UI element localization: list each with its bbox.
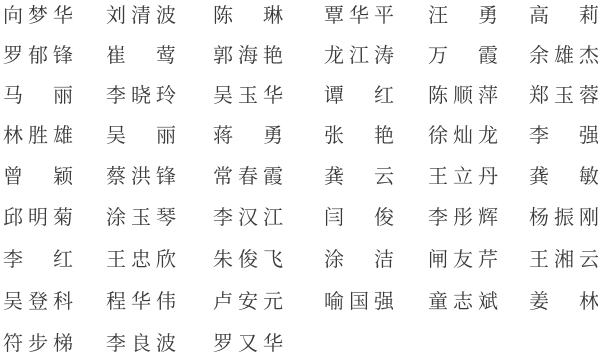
- name-char: 清: [131, 5, 151, 27]
- name-char: 志: [453, 291, 473, 313]
- name-char: 波: [156, 333, 176, 355]
- name-char: 蔡: [106, 166, 126, 188]
- name-char: 科: [53, 291, 73, 313]
- name-char: 李: [529, 125, 549, 147]
- name-char: 罗: [3, 45, 23, 67]
- name-char: 龚: [324, 166, 344, 188]
- name-char: 杨: [529, 207, 549, 229]
- name-char: 忠: [131, 249, 151, 271]
- name-char: 丽: [53, 85, 73, 107]
- name-cell: 郭海艳: [213, 45, 283, 67]
- name-char: 锋: [156, 166, 176, 188]
- name-char: 艳: [263, 45, 283, 67]
- name-char: 向: [3, 5, 23, 27]
- name-cell: 高莉: [529, 5, 598, 27]
- name-char: 良: [131, 333, 151, 355]
- name-char: 龙: [478, 125, 498, 147]
- name-char: 斌: [478, 291, 498, 313]
- name-cell: 涂玉琴: [106, 207, 176, 229]
- name-char: 刘: [106, 5, 126, 27]
- name-char: 敏: [579, 166, 598, 188]
- name-list-document: 向梦华刘清波陈琳覃华平汪勇高莉罗郁锋崔莺郭海艳龙江涛万霞余雄杰马丽李晓玲吴玉华谭…: [0, 0, 598, 360]
- name-char: 罗: [213, 333, 233, 355]
- name-cell: 蔡洪锋: [106, 166, 176, 188]
- name-char: 闫: [324, 207, 344, 229]
- name-char: 李: [428, 207, 448, 229]
- name-char: 琴: [156, 207, 176, 229]
- name-cell: 王忠欣: [106, 249, 176, 271]
- name-cell: 龚云: [324, 166, 394, 188]
- name-char: 郁: [28, 45, 48, 67]
- name-char: 林: [3, 125, 23, 147]
- name-cell: 程华伟: [106, 291, 176, 313]
- name-char: 彤: [453, 207, 473, 229]
- name-char: 锋: [53, 45, 73, 67]
- name-char: 谭: [324, 85, 344, 107]
- name-char: 陈: [428, 85, 448, 107]
- name-char: 李: [3, 249, 23, 271]
- name-char: 万: [428, 45, 448, 67]
- name-char: 华: [131, 291, 151, 313]
- name-char: 常: [213, 166, 233, 188]
- name-char: 海: [238, 45, 258, 67]
- name-char: 颖: [53, 166, 73, 188]
- name-char: 张: [324, 125, 344, 147]
- name-char: 吴: [213, 85, 233, 107]
- name-char: 振: [554, 207, 574, 229]
- name-cell: 余雄杰: [529, 45, 598, 67]
- name-cell: 朱俊飞: [213, 249, 283, 271]
- name-cell: 龚敏: [529, 166, 598, 188]
- name-cell: 王立丹: [428, 166, 498, 188]
- name-cell: 吴玉华: [213, 85, 283, 107]
- name-cell: 向梦华: [3, 5, 73, 27]
- name-char: 勇: [478, 5, 498, 27]
- name-char: 江: [349, 45, 369, 67]
- name-char: 符: [3, 333, 23, 355]
- name-char: 涂: [324, 249, 344, 271]
- name-char: 萍: [478, 85, 498, 107]
- name-cell: 李良波: [106, 333, 176, 355]
- name-char: 雄: [554, 45, 574, 67]
- name-char: 梯: [53, 333, 73, 355]
- name-char: 华: [53, 5, 73, 27]
- name-char: 朱: [213, 249, 233, 271]
- name-char: 晓: [131, 85, 151, 107]
- name-char: 春: [238, 166, 258, 188]
- name-char: 丽: [156, 125, 176, 147]
- name-cell: 覃华平: [324, 5, 394, 27]
- name-char: 吴: [3, 291, 23, 313]
- name-char: 云: [579, 249, 598, 271]
- name-char: 洁: [374, 249, 394, 271]
- name-char: 俊: [374, 207, 394, 229]
- name-cell: 张艳: [324, 125, 394, 147]
- name-cell: 李强: [529, 125, 598, 147]
- name-cell: 李汉江: [213, 207, 283, 229]
- name-cell: 李晓玲: [106, 85, 176, 107]
- name-char: 蓉: [579, 85, 598, 107]
- name-char: 华: [263, 85, 283, 107]
- name-cell: 闫俊: [324, 207, 394, 229]
- name-char: 汪: [428, 5, 448, 27]
- name-cell: 杨振刚: [529, 207, 598, 229]
- name-char: 童: [428, 291, 448, 313]
- name-cell: 郑玉蓉: [529, 85, 598, 107]
- name-char: 胜: [28, 125, 48, 147]
- name-char: 玉: [131, 207, 151, 229]
- name-char: 李: [213, 207, 233, 229]
- name-char: 刚: [579, 207, 598, 229]
- name-cell: 李红: [3, 249, 73, 271]
- name-char: 洪: [131, 166, 151, 188]
- name-char: 莉: [579, 5, 598, 27]
- name-cell: 徐灿龙: [428, 125, 498, 147]
- name-char: 玉: [238, 85, 258, 107]
- name-cell: 符步梯: [3, 333, 73, 355]
- name-cell: 卢安元: [213, 291, 283, 313]
- name-cell: 陈顺萍: [428, 85, 498, 107]
- name-char: 龙: [324, 45, 344, 67]
- name-char: 曾: [3, 166, 23, 188]
- name-char: 丹: [478, 166, 498, 188]
- name-cell: 王湘云: [529, 249, 598, 271]
- name-char: 湘: [554, 249, 574, 271]
- name-char: 邱: [3, 207, 23, 229]
- name-char: 马: [3, 85, 23, 107]
- name-char: 登: [28, 291, 48, 313]
- name-char: 波: [156, 5, 176, 27]
- name-char: 覃: [324, 5, 344, 27]
- name-char: 华: [263, 333, 283, 355]
- name-cell: 刘清波: [106, 5, 176, 27]
- name-char: 梦: [28, 5, 48, 27]
- name-cell: 曾颖: [3, 166, 73, 188]
- name-char: 闸: [428, 249, 448, 271]
- name-char: 郭: [213, 45, 233, 67]
- name-char: 雄: [53, 125, 73, 147]
- name-char: 国: [349, 291, 369, 313]
- name-char: 辉: [478, 207, 498, 229]
- name-cell: 常春霞: [213, 166, 283, 188]
- name-char: 飞: [263, 249, 283, 271]
- name-char: 涂: [106, 207, 126, 229]
- name-char: 霞: [478, 45, 498, 67]
- name-cell: 姜林: [529, 291, 598, 313]
- name-char: 霞: [263, 166, 283, 188]
- name-cell: 罗又华: [213, 333, 283, 355]
- name-char: 强: [374, 291, 394, 313]
- name-char: 云: [374, 166, 394, 188]
- name-cell: 谭红: [324, 85, 394, 107]
- name-char: 俊: [238, 249, 258, 271]
- name-cell: 李彤辉: [428, 207, 498, 229]
- name-char: 华: [349, 5, 369, 27]
- name-char: 程: [106, 291, 126, 313]
- name-cell: 林胜雄: [3, 125, 73, 147]
- name-char: 王: [428, 166, 448, 188]
- name-char: 吴: [106, 125, 126, 147]
- name-char: 王: [529, 249, 549, 271]
- name-char: 崔: [106, 45, 126, 67]
- name-char: 步: [28, 333, 48, 355]
- name-char: 芹: [478, 249, 498, 271]
- name-char: 平: [374, 5, 394, 27]
- name-char: 陈: [213, 5, 233, 27]
- name-cell: 邱明菊: [3, 207, 73, 229]
- name-char: 林: [579, 291, 598, 313]
- name-char: 涛: [374, 45, 394, 67]
- name-char: 明: [28, 207, 48, 229]
- name-cell: 蒋勇: [213, 125, 283, 147]
- name-char: 李: [106, 333, 126, 355]
- name-cell: 罗郁锋: [3, 45, 73, 67]
- name-char: 杰: [579, 45, 598, 67]
- name-char: 徐: [428, 125, 448, 147]
- name-char: 顺: [453, 85, 473, 107]
- name-char: 琳: [263, 5, 283, 27]
- name-char: 艳: [374, 125, 394, 147]
- name-char: 红: [53, 249, 73, 271]
- name-cell: 汪勇: [428, 5, 498, 27]
- name-char: 玲: [156, 85, 176, 107]
- name-cell: 涂洁: [324, 249, 394, 271]
- name-char: 高: [529, 5, 549, 27]
- name-char: 汉: [238, 207, 258, 229]
- name-char: 菊: [53, 207, 73, 229]
- name-char: 安: [238, 291, 258, 313]
- name-cell: 喻国强: [324, 291, 394, 313]
- name-char: 蒋: [213, 125, 233, 147]
- name-char: 灿: [453, 125, 473, 147]
- name-cell: 马丽: [3, 85, 73, 107]
- name-char: 莺: [156, 45, 176, 67]
- name-cell: 吴丽: [106, 125, 176, 147]
- name-char: 喻: [324, 291, 344, 313]
- name-char: 欣: [156, 249, 176, 271]
- name-char: 立: [453, 166, 473, 188]
- name-char: 又: [238, 333, 258, 355]
- name-char: 龚: [529, 166, 549, 188]
- name-cell: 吴登科: [3, 291, 73, 313]
- name-char: 江: [263, 207, 283, 229]
- name-char: 勇: [263, 125, 283, 147]
- name-cell: 龙江涛: [324, 45, 394, 67]
- name-char: 伟: [156, 291, 176, 313]
- name-char: 王: [106, 249, 126, 271]
- name-char: 卢: [213, 291, 233, 313]
- name-char: 强: [579, 125, 598, 147]
- name-cell: 万霞: [428, 45, 498, 67]
- name-char: 姜: [529, 291, 549, 313]
- name-char: 玉: [554, 85, 574, 107]
- name-char: 余: [529, 45, 549, 67]
- name-cell: 童志斌: [428, 291, 498, 313]
- name-char: 红: [374, 85, 394, 107]
- name-cell: 陈琳: [213, 5, 283, 27]
- name-char: 元: [263, 291, 283, 313]
- name-char: 郑: [529, 85, 549, 107]
- name-cell: 崔莺: [106, 45, 176, 67]
- name-char: 友: [453, 249, 473, 271]
- name-char: 李: [106, 85, 126, 107]
- name-cell: 闸友芹: [428, 249, 498, 271]
